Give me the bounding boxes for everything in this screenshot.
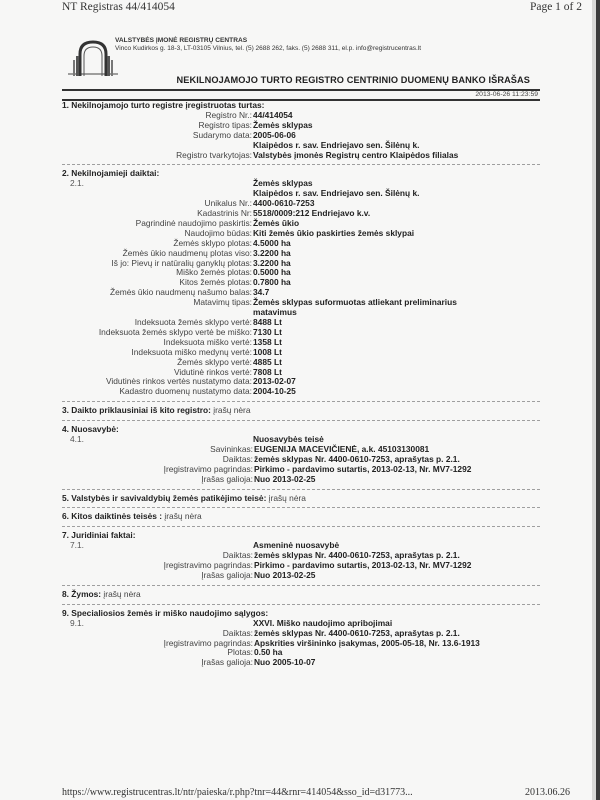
empty-note: įrašų nėra — [101, 589, 141, 599]
field-value: Valstybės įmonės Registrų centro Klaipėd… — [252, 151, 458, 161]
field-row: Kadastro duomenų nustatymo data:2004-10-… — [62, 387, 540, 397]
footer-date: 2013.06.26 — [525, 787, 570, 798]
section-divider — [62, 604, 540, 605]
page-number: Page 1 of 2 — [530, 1, 582, 13]
empty-note: įrašų nėra — [162, 511, 202, 521]
section-4: 4. Nuosavybė: 4.1. Nuosavybės teisė Savi… — [62, 425, 540, 484]
field-value: Nuo 2005-10-07 — [253, 658, 315, 668]
section-title-text: 5. Valstybės ir savivaldybių žemės patik… — [62, 493, 266, 503]
footer-url: https://www.registrucentras.lt/ntr/paies… — [62, 787, 413, 798]
item-title: Nuosavybės teisė — [253, 435, 324, 445]
section-2: 2. Nekilnojamieji daiktai: 2.1. Žemės sk… — [62, 169, 540, 397]
section-divider — [62, 507, 540, 508]
section-5: 5. Valstybės ir savivaldybių žemės patik… — [62, 494, 540, 504]
registry-arch-logo-icon — [68, 40, 118, 78]
org-address: Vinco Kudirkos g. 18-3, LT-03105 Vilnius… — [115, 45, 421, 53]
section-rows: Registro Nr.:44/414054Registro tipas:Žem… — [62, 111, 540, 161]
field-value: Nuo 2013-02-25 — [253, 571, 315, 581]
field-row: Miško žemės plotas:0.5000 ha — [62, 268, 540, 278]
field-label: Įrašas galioja: — [62, 475, 253, 485]
section-divider — [62, 526, 540, 527]
field-row: Įrašas galioja:Nuo 2005-10-07 — [62, 658, 540, 668]
section-divider — [62, 489, 540, 490]
field-row: Registro tvarkytojas:Valstybės įmonės Re… — [62, 151, 540, 161]
org-info: VALSTYBĖS ĮMONĖ REGISTRŲ CENTRAS Vinco K… — [115, 37, 421, 53]
section-title-text: 6. Kitos daiktinės teisės : — [62, 511, 162, 521]
item-header: 7.1. Asmeninė nuosavybė — [62, 541, 540, 551]
empty-note: įrašų nėra — [211, 405, 251, 415]
item-address: Klaipėdos r. sav. Endriejavo sen. Šilėnų… — [253, 189, 419, 199]
section-title-text: 8. Žymos: — [62, 589, 101, 599]
section-rows: Daiktas:žemės sklypas Nr. 4400-0610-7253… — [62, 551, 540, 581]
section-9: 9. Specialiosios žemės ir miško naudojim… — [62, 609, 540, 668]
print-header-title: NT Registras 44/414054 — [62, 1, 175, 13]
section-title: 5. Valstybės ir savivaldybių žemės patik… — [62, 494, 540, 504]
item-number: 7.1. — [70, 541, 84, 551]
item-title: Asmeninė nuosavybė — [253, 541, 339, 551]
section-divider — [62, 164, 540, 165]
field-row: Registro tipas:Žemės sklypas — [62, 121, 540, 131]
field-row: Matavimų tipas:Žemės sklypas suformuotas… — [62, 298, 540, 308]
field-label: Įrašas galioja: — [62, 571, 253, 581]
item-number: 9.1. — [70, 619, 84, 629]
section-divider — [62, 401, 540, 402]
item-title: XXVI. Miško naudojimo apribojimai — [253, 619, 392, 629]
section-8: 8. Žymos: įrašų nėra — [62, 590, 540, 600]
item-header: 9.1. XXVI. Miško naudojimo apribojimai — [62, 619, 540, 629]
field-label: Registro tvarkytojas: — [62, 151, 252, 161]
field-row: Iš jo: Pievų ir natūralių ganyklų plotas… — [62, 259, 540, 269]
item-header: 4.1. Nuosavybės teisė — [62, 435, 540, 445]
print-header: NT Registras 44/414054 Page 1 of 2 — [62, 0, 582, 18]
field-row: Indeksuota žemės sklypo vertė be miško:7… — [62, 328, 540, 338]
section-divider — [62, 585, 540, 586]
section-title: 3. Daikto priklausiniai iš kito registro… — [62, 406, 540, 416]
field-label: Kadastro duomenų nustatymo data: — [62, 387, 252, 397]
field-value: 2004-10-25 — [252, 387, 296, 397]
section-3: 3. Daikto priklausiniai iš kito registro… — [62, 406, 540, 416]
field-value: Apskrities viršininko įsakymas, 2005-05-… — [253, 639, 480, 649]
field-row: Įrašas galioja:Nuo 2013-02-25 — [62, 571, 540, 581]
section-rows: Daiktas:žemės sklypas Nr. 4400-0610-7253… — [62, 629, 540, 669]
field-value: Nuo 2013-02-25 — [253, 475, 315, 485]
field-row: Naudojimo būdas:Kiti žemės ūkio paskirti… — [62, 229, 540, 239]
section-title: 1. Nekilnojamojo turto registre įregistr… — [62, 101, 540, 111]
empty-note: įrašų nėra — [266, 493, 306, 503]
org-name: VALSTYBĖS ĮMONĖ REGISTRŲ CENTRAS — [115, 37, 421, 45]
field-row: Įrašas galioja:Nuo 2013-02-25 — [62, 475, 540, 485]
item-address-row: Klaipėdos r. sav. Endriejavo sen. Šilėnų… — [62, 189, 540, 199]
field-label: Įregistravimo pagrindas: — [62, 639, 253, 649]
item-number: 4.1. — [70, 435, 84, 445]
field-label: Matavimų tipas: — [62, 298, 252, 308]
section-rows: Unikalus Nr.:4400-0610-7253Kadastrinis N… — [62, 199, 540, 397]
field-row: Indeksuota miško medynų vertė:1008 Lt — [62, 348, 540, 358]
field-row: matavimus — [62, 308, 540, 318]
header-rule — [62, 89, 540, 91]
field-row: Žemės sklypo vertė:4885 Lt — [62, 358, 540, 368]
section-title: 6. Kitos daiktinės teisės : įrašų nėra — [62, 512, 540, 522]
scan-edge — [596, 0, 600, 800]
item-number: 2.1. — [70, 179, 84, 189]
document-timestamp: 2013-06-26 11:23:59 — [475, 91, 538, 98]
print-footer: https://www.registrucentras.lt/ntr/paies… — [62, 787, 570, 800]
field-row: Kadastrinis Nr:5518/0009:212 Endriejavo … — [62, 209, 540, 219]
section-1: 1. Nekilnojamojo turto registre įregistr… — [62, 101, 540, 160]
section-title-text: 3. Daikto priklausiniai iš kito registro… — [62, 405, 211, 415]
document-title: NEKILNOJAMOJO TURTO REGISTRO CENTRINIO D… — [150, 75, 530, 85]
field-row: Įregistravimo pagrindas:Apskrities virši… — [62, 639, 540, 649]
section-rows: Savininkas:EUGENIJA MACEVIČIENĖ, a.k. 45… — [62, 445, 540, 485]
section-7: 7. Juridiniai faktai: 7.1. Asmeninė nuos… — [62, 531, 540, 581]
field-label: Įrašas galioja: — [62, 658, 253, 668]
document-body: 1. Nekilnojamojo turto registre įregistr… — [62, 101, 540, 668]
section-title: 8. Žymos: įrašų nėra — [62, 590, 540, 600]
field-label: Sudarymo data: — [62, 131, 252, 141]
section-divider — [62, 420, 540, 421]
section-6: 6. Kitos daiktinės teisės : įrašų nėra — [62, 512, 540, 522]
